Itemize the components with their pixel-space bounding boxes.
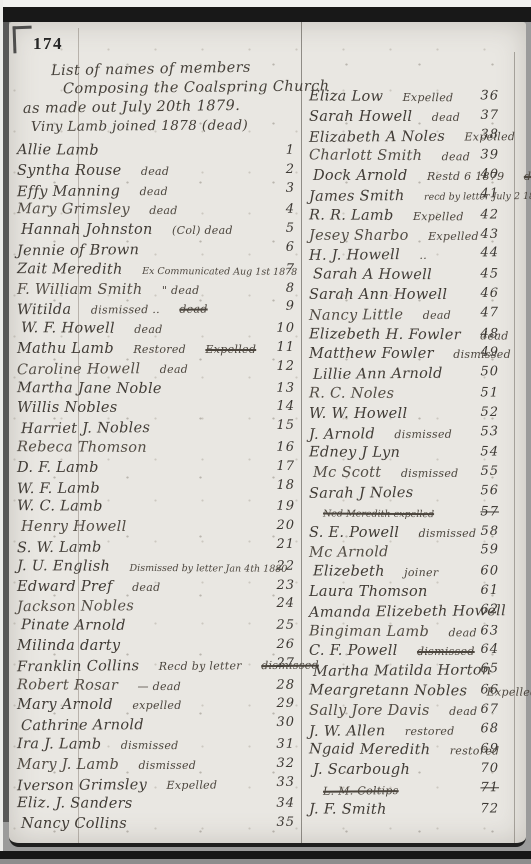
member-name: Rebeca Thomson [17, 439, 147, 456]
ledger-row: Milinda darty 26 [17, 635, 297, 655]
ledger-row: W. C. Lamb 19 [17, 495, 297, 517]
ledger-row: R. R. Lamb Expelled 42 [309, 204, 511, 225]
ledger-row: Iverson Grimsley Expelled 33 [17, 772, 297, 794]
row-annotation: recd by letter July 2 1880 dead [424, 191, 531, 203]
ledger-row: Jackson Nobles 24 [17, 594, 297, 616]
member-name: Jennie of Brown [17, 242, 139, 259]
row-annotation: dead [140, 184, 168, 197]
member-name: Sarah Howell [309, 109, 412, 125]
member-name: Sarah A Howell [313, 267, 432, 284]
member-name: Mary Grimsley [17, 202, 130, 219]
ledger-row: Harriet J. Nobles 15 [17, 416, 297, 438]
member-name: C. F. Powell [309, 643, 398, 659]
row-number: 46 [480, 284, 499, 304]
row-number: 11 [276, 338, 295, 358]
row-number: 61 [480, 581, 499, 601]
row-number: 38 [480, 125, 499, 145]
row-number: 51 [480, 383, 499, 403]
row-annotation: dead [132, 581, 160, 594]
member-name: Sally Jore Davis [309, 703, 430, 719]
ledger-row: Elizebeth joiner 60 [309, 561, 511, 582]
row-number: 49 [480, 343, 499, 363]
row-number: 19 [276, 497, 295, 517]
ledger-row: J. W. Allen restored 68 [309, 719, 511, 741]
row-annotation: .. [419, 249, 427, 262]
member-name: S. E. Powell [309, 525, 399, 541]
row-number: 31 [276, 735, 295, 755]
row-annotation: dead [448, 626, 476, 639]
member-name: D. F. Lamb [17, 460, 99, 476]
ledger-row: Mathu Lamb Restored Expelled 11 [17, 338, 297, 358]
row-number: 27 [276, 654, 295, 674]
member-name: Edney J Lyn [309, 445, 400, 462]
row-annotation: expelled [132, 699, 181, 712]
row-number: 55 [480, 462, 499, 482]
ledger-row: R. C. Noles 51 [309, 382, 511, 403]
ledger-row: C. F. Powell dismissed 64 [309, 640, 511, 660]
row-number: 53 [480, 422, 499, 442]
row-number: 21 [276, 535, 295, 555]
ledger-row: Jennie of Brown 6 [17, 238, 297, 260]
page-number: 174 [33, 34, 63, 54]
row-number: 30 [276, 713, 295, 733]
ledger-row: Effy Manning dead 3 [17, 178, 297, 200]
row-number: 39 [480, 146, 499, 166]
row-number: 14 [276, 397, 295, 417]
row-number: 12 [276, 357, 295, 377]
row-number: 60 [480, 562, 499, 582]
ledger-row: Henry Howell 20 [17, 516, 297, 536]
ledger-row: Sarah A Howell 45 [309, 264, 511, 285]
row-annotation: (Col) dead [172, 224, 233, 237]
member-name: W. F. Howell [21, 320, 115, 337]
member-name: Nancy Collins [21, 816, 127, 832]
row-number: 66 [480, 680, 499, 700]
row-annotation-struck: L. M. Coltips [323, 784, 399, 798]
ledger-row: Mc Scott dismissed 55 [309, 462, 511, 482]
member-name: Martha Jane Noble [17, 380, 162, 397]
row-number: 59 [480, 541, 499, 561]
member-name: H. J. Howell [309, 247, 400, 264]
row-annotation: dead [160, 362, 188, 375]
member-name: Witilda [17, 302, 72, 318]
row-annotation: dismissed [138, 759, 196, 772]
ledger-row: F. William Smith " dead 8 [17, 279, 297, 299]
scanned-ledger-page: 174 List of names of members Composing t… [0, 0, 531, 864]
row-annotation: Recd by letter [159, 659, 242, 673]
row-annotation: dead [141, 165, 169, 178]
row-number: 33 [276, 772, 295, 792]
row-annotation: dismissed .. [91, 303, 160, 317]
scan-top-margin [0, 0, 531, 7]
ledger-row: Robert Rosar — dead 28 [17, 674, 297, 696]
ledger-row: Charlott Smith dead 39 [309, 145, 511, 166]
member-name: Mc Scott [313, 465, 381, 481]
ledger-row: Cathrine Arnold 30 [17, 713, 297, 735]
row-number: 43 [480, 225, 499, 245]
ledger-row: J. F. Smith 72 [309, 798, 511, 819]
ledger-row: Hannah Johnston (Col) dead 5 [17, 219, 297, 239]
row-number: 3 [286, 178, 295, 198]
ledger-row: Ira J. Lamb dismissed 31 [17, 733, 297, 755]
member-name: Caroline Howell [17, 361, 140, 378]
member-name: R. C. Noles [309, 385, 394, 402]
row-annotation: Expelled [403, 91, 454, 104]
row-number: 58 [480, 522, 499, 542]
member-name: R. R. Lamb [309, 207, 394, 224]
ledger-row: S. E. Powell dismissed 58 [309, 522, 511, 542]
scan-top-black-band [0, 7, 531, 22]
row-number: 24 [276, 594, 295, 614]
row-number: 72 [480, 799, 499, 819]
member-name: Harriet J. Nobles [21, 420, 150, 437]
row-annotation: Expelled [413, 210, 464, 223]
member-name: Elizabeth A Noles [309, 128, 445, 145]
ledger-row: Martha Matilda Horton 65 [309, 659, 511, 681]
member-name: Jackson Nobles [17, 599, 134, 616]
member-name: Laura Thomson [309, 584, 428, 600]
row-number: 50 [480, 362, 499, 382]
row-number: 34 [276, 794, 295, 814]
member-name: Willis Nobles [17, 400, 118, 416]
row-number: 8 [286, 279, 295, 299]
row-number: 68 [480, 719, 499, 739]
member-name: Allie Lamb [17, 142, 99, 158]
row-number: 57 [480, 502, 499, 522]
ledger-row: Laura Thomson 61 [309, 581, 511, 601]
row-number: 1 [286, 141, 295, 161]
ledger-row: H. J. Howell .. 44 [309, 243, 511, 265]
member-name: Amanda Elizebeth Howell [309, 603, 506, 621]
member-name: Robert Rosar [17, 677, 118, 694]
row-annotation: dismissed [121, 739, 179, 752]
member-name: Elizebeth [313, 564, 385, 580]
ledger-row: J. Arnold dismissed 53 [309, 422, 511, 444]
row-annotation: Expelled [428, 230, 479, 243]
ledger-row: Pinate Arnold 25 [17, 614, 297, 636]
member-name: Jesey Sharbo [309, 228, 409, 244]
row-number: 23 [276, 576, 295, 596]
row-annotation-struck: dismissed [524, 170, 531, 183]
ledger-row: Witilda dismissed .. dead 9 [17, 297, 297, 319]
ledger-row: Matthew Fowler dismissed 49 [309, 343, 511, 363]
ledger-paper: 174 List of names of members Composing t… [9, 22, 526, 847]
ledger-row: W. W. Howell 52 [309, 403, 511, 423]
ledger-row: Dock Arnold Restd 6 1879 dismissed 40 [309, 165, 511, 185]
row-annotation: dead [449, 705, 477, 718]
row-annotation: dead [432, 111, 460, 124]
ledger-row: Ngaid Meredith restored 69 [309, 739, 511, 760]
ledger-row: Caroline Howell dead 12 [17, 357, 297, 379]
row-annotation: dismissed [419, 527, 477, 540]
row-number: 56 [480, 481, 499, 501]
row-number: 15 [276, 416, 295, 436]
ledger-header: List of names of members Composing the C… [19, 60, 301, 136]
row-number: 18 [276, 475, 295, 495]
row-number: 47 [480, 303, 499, 323]
page-corner-mark [13, 26, 33, 54]
member-name: W. W. Howell [309, 406, 407, 422]
header-line: Viny Lamb joined 1878 (dead) [31, 116, 301, 137]
row-annotation-struck: Ned Meredith expelled [323, 508, 434, 520]
row-number: 44 [480, 244, 499, 264]
row-number: 52 [480, 403, 499, 423]
member-name: Mc Arnold [309, 545, 389, 562]
ledger-row: Lillie Ann Arnold 50 [309, 362, 511, 384]
ledger-row: J. U. English Dismissed by letter Jan 4t… [17, 555, 297, 577]
ledger-row: Edney J Lyn 54 [309, 442, 511, 463]
ledger-row: Elizabeth A Noles Expelled 38 [309, 125, 511, 147]
member-name: Pinate Arnold [21, 617, 126, 634]
ledger-row: James Smith recd by letter July 2 1880 d… [309, 184, 511, 206]
row-number: 16 [276, 438, 295, 458]
member-name: Mary Arnold [17, 697, 113, 713]
row-number: 9 [286, 297, 295, 317]
ledger-row: Bingiman Lamb dead 63 [309, 620, 511, 641]
member-name: Eliz. J. Sanders [17, 795, 133, 812]
ledger-row: Rebeca Thomson 16 [17, 436, 297, 458]
member-name: Cathrine Arnold [21, 717, 144, 734]
ledger-row: Franklin Collins Recd by letter dismisse… [17, 653, 297, 675]
member-name: Henry Howell [21, 519, 127, 535]
ledger-row: Sally Jore Davis dead 67 [309, 700, 511, 720]
member-name: Bingiman Lamb [309, 623, 429, 640]
member-name: James Smith [309, 188, 405, 205]
member-name: J. Scarbough [313, 762, 410, 778]
member-name: Elizebeth H. Fowler [309, 326, 461, 343]
member-name: Charlott Smith [309, 148, 422, 165]
member-name: J. W. Allen [309, 723, 386, 740]
ledger-row: Allie Lamb 1 [17, 139, 297, 161]
row-number: 41 [480, 184, 499, 204]
ledger-row: Edward Pref dead 23 [17, 576, 297, 596]
row-number: 25 [276, 616, 295, 636]
ledger-row: Elizebeth H. Fowler dead 48 [309, 323, 511, 344]
row-number: 65 [480, 659, 499, 679]
ledger-row: Willis Nobles 14 [17, 397, 297, 417]
ledger-row: S. W. Lamb 21 [17, 535, 297, 557]
ledger-row: Amanda Elizebeth Howell 62 [309, 600, 511, 622]
ledger-row: Syntha Rouse dead 2 [17, 160, 297, 180]
ledger-row: Jesey Sharbo Expelled 43 [309, 225, 511, 245]
row-number: 13 [276, 378, 295, 398]
row-annotation-struck: dead [179, 303, 207, 316]
ledger-row: D. F. Lamb 17 [17, 457, 297, 477]
row-number: 62 [480, 600, 499, 620]
member-name: Lillie Ann Arnold [313, 366, 443, 383]
row-number: 35 [276, 813, 295, 833]
row-number: 70 [480, 759, 499, 779]
row-number: 7 [286, 260, 295, 280]
row-annotation: restored [405, 724, 455, 737]
member-name: Mary J. Lamb [17, 757, 119, 773]
row-number: 28 [276, 675, 295, 695]
ledger-row: Sarah J Noles 56 [309, 481, 511, 503]
row-annotation: Ex Communicated Aug 1st 1878 [142, 266, 297, 278]
row-annotation: joiner [404, 566, 438, 579]
ledger-row: L. M. Coltips 71 [309, 778, 511, 800]
row-number: 4 [286, 200, 295, 220]
member-name: Mathu Lamb [17, 341, 114, 357]
row-number: 63 [480, 621, 499, 641]
row-number: 71 [480, 778, 499, 798]
member-name: Syntha Rouse [17, 163, 122, 179]
member-name: Meargretann Nobles [309, 682, 467, 699]
row-annotation: dead [423, 308, 451, 321]
row-annotation-struck: Expelled [205, 343, 256, 356]
member-name: J. Arnold [309, 426, 375, 443]
row-number: 22 [276, 556, 295, 576]
member-name: Nancy Little [309, 307, 403, 324]
row-number: 67 [480, 700, 499, 720]
row-number: 2 [286, 160, 295, 180]
member-name: Martha Matilda Horton [313, 662, 492, 680]
member-name: Ngaid Meredith [309, 742, 430, 759]
row-annotation-struck: dismissed [417, 645, 475, 658]
row-annotation: Dismissed by letter Jan 4th 1880 [130, 563, 288, 575]
row-annotation: Expelled [166, 778, 217, 791]
row-number: 17 [276, 457, 295, 477]
column-divider-rule [301, 22, 302, 843]
row-annotation: — dead [137, 679, 181, 692]
member-name: J. F. Smith [309, 801, 387, 817]
row-number: 45 [480, 265, 499, 285]
ledger-row: W. F. Lamb 18 [17, 475, 297, 497]
member-name: Sarah Ann Howell [309, 287, 447, 303]
row-number: 32 [276, 754, 295, 774]
row-annotation: dead [134, 323, 162, 336]
row-annotation: dismissed [394, 427, 452, 441]
ledger-row: Eliz. J. Sanders 34 [17, 792, 297, 814]
row-number: 36 [480, 86, 499, 106]
ledger-row: Nancy Little dead 47 [309, 303, 511, 325]
ledger-row: Mary Arnold expelled 29 [17, 694, 297, 714]
row-number: 40 [480, 165, 499, 185]
member-name: Zait Meredith [17, 261, 123, 278]
ledger-row: Ned Meredith expelled 57 [309, 501, 511, 522]
ledger-row: Eliza Low Expelled 36 [309, 85, 511, 106]
row-annotation: dismissed [401, 467, 459, 480]
member-name: Eliza Low [309, 88, 383, 104]
row-number: 48 [480, 324, 499, 344]
ledger-row: Mc Arnold 59 [309, 540, 511, 562]
member-name: Matthew Fowler [309, 346, 434, 362]
row-number: 10 [276, 319, 295, 339]
row-number: 42 [480, 205, 499, 225]
row-number: 69 [480, 740, 499, 760]
member-name: Franklin Collins [17, 658, 139, 675]
right-column: Eliza Low Expelled 36 Sarah Howell dead … [309, 86, 511, 818]
member-name: J. U. English [17, 558, 110, 575]
member-name: Dock Arnold [313, 168, 408, 184]
member-name: Ira J. Lamb [17, 736, 102, 753]
member-name: Sarah J Noles [309, 485, 414, 502]
scan-bottom-black-band [0, 851, 531, 859]
member-name: Milinda darty [17, 638, 120, 654]
row-number: 64 [480, 640, 499, 660]
row-number: 54 [480, 443, 499, 463]
row-number: 5 [286, 219, 295, 239]
row-number: 29 [276, 694, 295, 714]
ledger-row: Sarah Ann Howell 46 [309, 284, 511, 304]
scan-bottom-margin [0, 859, 531, 864]
member-name: Iverson Grimsley [17, 777, 147, 794]
member-name: Hannah Johnston [21, 222, 153, 238]
ledger-row: Nancy Collins 35 [17, 813, 297, 833]
row-number: 26 [276, 635, 295, 655]
ledger-row: Martha Jane Noble 13 [17, 377, 297, 399]
ledger-row: Mary J. Lamb dismissed 32 [17, 754, 297, 774]
member-name: W. C. Lamb [17, 498, 103, 515]
member-name: S. W. Lamb [17, 539, 102, 556]
ledger-row: Zait Meredith Ex Communicated Aug 1st 18… [17, 258, 297, 280]
member-name: Edward Pref [17, 579, 113, 595]
row-number: 37 [480, 106, 499, 126]
ledger-row: J. Scarbough 70 [309, 759, 511, 779]
left-column: Allie Lamb 1 Syntha Rouse dead 2 Effy Ma… [17, 140, 297, 833]
row-annotation: Restored [133, 343, 186, 356]
ledger-row: W. F. Howell dead 10 [17, 317, 297, 339]
row-annotation: " dead [162, 284, 200, 297]
ledger-row: Meargretann Nobles Expelled 66 [309, 679, 511, 700]
row-number: 20 [276, 516, 295, 536]
ledger-row: Mary Grimsley dead 4 [17, 199, 297, 221]
row-number: 6 [286, 238, 295, 258]
member-name: F. William Smith [17, 282, 143, 298]
row-annotation: dead [442, 151, 470, 164]
row-annotation: dead [149, 204, 177, 217]
ledger-row: Sarah Howell dead 37 [309, 106, 511, 126]
